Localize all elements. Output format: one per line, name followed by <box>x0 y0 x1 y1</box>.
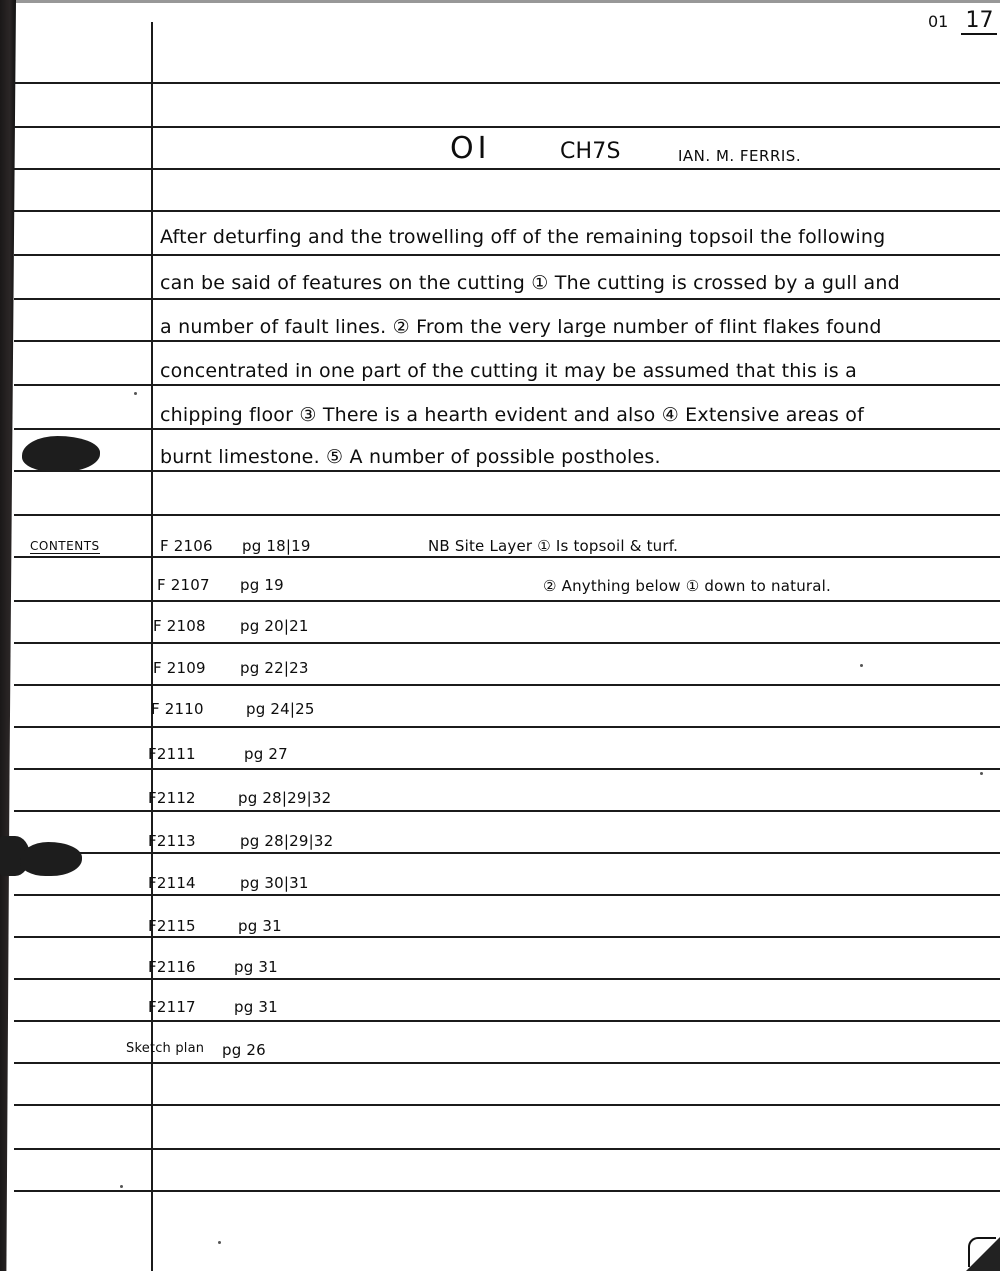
contents-pages: pg 30|31 <box>240 874 309 892</box>
contents-pages: pg 18|19 <box>242 537 311 555</box>
ruled-line <box>14 936 1000 938</box>
ruled-line <box>14 82 1000 84</box>
contents-pages: pg 31 <box>234 998 278 1016</box>
contents-feature: F2111 <box>148 745 196 763</box>
cutting-code: CH7S <box>560 139 621 164</box>
ruled-line <box>14 894 1000 896</box>
body-text-line: a number of fault lines. ② From the very… <box>160 316 882 338</box>
speck <box>980 772 983 775</box>
ink-blot <box>22 436 100 472</box>
page-number: 01 17 <box>928 8 997 33</box>
body-text-line: concentrated in one part of the cutting … <box>160 360 857 382</box>
contents-pages: pg 28|29|32 <box>238 789 331 807</box>
contents-pages: pg 31 <box>234 958 278 976</box>
speck <box>120 1185 123 1188</box>
ruled-line <box>14 514 1000 516</box>
ruled-line <box>14 810 1000 812</box>
contents-feature: F 2110 <box>151 700 204 718</box>
ruled-line <box>14 470 1000 472</box>
ruled-line <box>14 600 1000 602</box>
speck <box>218 1241 221 1244</box>
contents-pages: pg 31 <box>238 917 282 935</box>
ruled-line <box>14 1148 1000 1150</box>
contents-feature: F2115 <box>148 917 196 935</box>
contents-pages: pg 27 <box>244 745 288 763</box>
author-name: IAN. M. FERRIS. <box>678 147 801 165</box>
ruled-line <box>14 1190 1000 1192</box>
contents-feature: F 2108 <box>153 617 206 635</box>
contents-pages: pg 20|21 <box>240 617 309 635</box>
ruled-line <box>14 768 1000 770</box>
contents-feature: F 2107 <box>157 576 210 594</box>
ruled-line <box>14 126 1000 128</box>
speck <box>860 664 863 667</box>
contents-feature: F2117 <box>148 998 196 1016</box>
ruled-line <box>14 254 1000 256</box>
ruled-line <box>14 1104 1000 1106</box>
sketch-plan-pages: pg 26 <box>222 1041 266 1059</box>
body-text-line: After deturfing and the trowelling off o… <box>160 226 885 248</box>
body-text-line: burnt limestone. ⑤ A number of possible … <box>160 446 661 468</box>
body-text-line: chipping floor ③ There is a hearth evide… <box>160 404 864 426</box>
ruled-line <box>14 428 1000 430</box>
body-text-line: can be said of features on the cutting ①… <box>160 272 900 294</box>
ruled-line <box>14 168 1000 170</box>
ruled-line <box>14 1062 1000 1064</box>
contents-feature: F2114 <box>148 874 196 892</box>
page-top-edge <box>16 0 1000 3</box>
ruled-line <box>14 1020 1000 1022</box>
ruled-line <box>14 978 1000 980</box>
site-layer-note-1: NB Site Layer ① Is topsoil & turf. <box>428 537 678 555</box>
contents-label: CONTENTS <box>30 539 100 554</box>
ruled-line <box>14 642 1000 644</box>
contents-feature: F 2109 <box>153 659 206 677</box>
contents-feature: F2112 <box>148 789 196 807</box>
contents-feature: F2116 <box>148 958 196 976</box>
speck <box>134 392 137 395</box>
site-code: OI <box>450 131 490 166</box>
contents-pages: pg 28|29|32 <box>240 832 333 850</box>
notebook-page: 01 17 OI CH7S IAN. M. FERRIS. After detu… <box>0 0 1000 1271</box>
ruled-line <box>14 852 1000 854</box>
ruled-line <box>14 340 1000 342</box>
ink-blot <box>20 842 82 876</box>
ruled-line <box>14 384 1000 386</box>
site-layer-note-2: ② Anything below ① down to natural. <box>543 577 831 595</box>
contents-pages: pg 22|23 <box>240 659 309 677</box>
binding-edge <box>0 0 16 1271</box>
page-number-prefix: 01 <box>928 12 948 31</box>
page-corner-curl <box>968 1237 996 1267</box>
ruled-line <box>14 298 1000 300</box>
ruled-line <box>14 210 1000 212</box>
ruled-line <box>14 726 1000 728</box>
ruled-line <box>14 556 1000 558</box>
page-number-main: 17 <box>961 8 997 35</box>
contents-feature: F 2106 <box>160 537 213 555</box>
contents-pages: pg 19 <box>240 576 284 594</box>
ruled-line <box>14 684 1000 686</box>
sketch-plan-label: Sketch plan <box>126 1041 204 1056</box>
contents-pages: pg 24|25 <box>246 700 315 718</box>
contents-feature: F2113 <box>148 832 196 850</box>
